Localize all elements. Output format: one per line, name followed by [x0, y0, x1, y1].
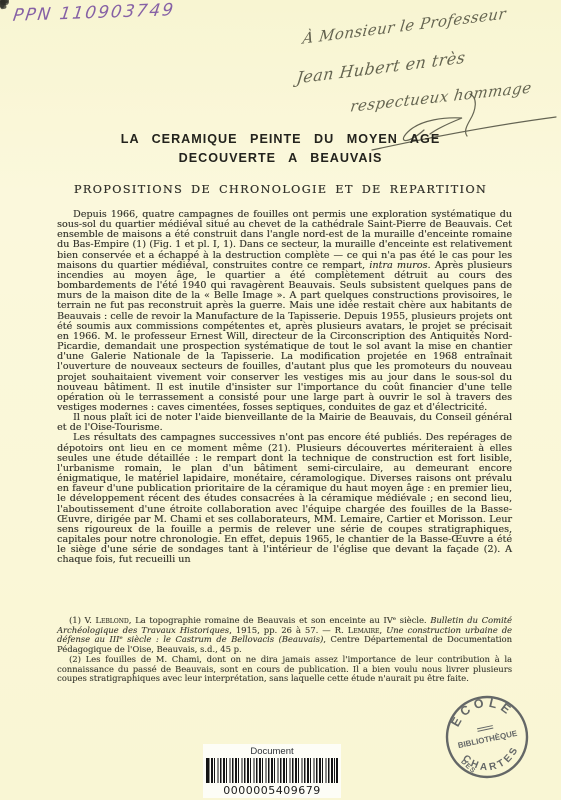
- footnote-1-text: , 1915, pp. 26 à 57. — R.: [229, 625, 348, 635]
- footnote-1-text: , La topographie romaine de Beauvais et …: [129, 615, 430, 625]
- paragraph-3: Les résultats des campagnes successives …: [57, 433, 512, 565]
- barcode-label: Document 0000005409679: [203, 744, 341, 798]
- scan-edge-artifact: [0, 0, 9, 5]
- paragraph-1-text: . Après plusieurs incendies au moyen âge…: [57, 260, 512, 413]
- footnotes: (1) V. Leblond, La topographie romaine d…: [57, 616, 512, 684]
- article-body: Depuis 1966, quatre campagnes de fouille…: [57, 210, 512, 565]
- scanned-document-page: PPN 110903749 À Monsieur le Professeur J…: [0, 0, 561, 800]
- footnote-1: (1) V. Leblond, La topographie romaine d…: [57, 616, 512, 655]
- stamp-center-text: BIBLIOTHÈQUE: [457, 729, 519, 751]
- author-name: Lemaire: [348, 625, 380, 635]
- library-stamp: ÉCOLE CHARTES BIBLIOTHÈQUE DES: [422, 672, 552, 800]
- dedication-line-1: À Monsieur le Professeur: [302, 4, 508, 47]
- barcode-bars: [206, 758, 338, 783]
- title-line-2: DECOUVERTE A BEAUVAIS: [0, 149, 561, 168]
- section-heading: PROPOSITIONS DE CHRONOLOGIE ET DE REPART…: [0, 183, 561, 196]
- svg-text:ÉCOLE: ÉCOLE: [444, 690, 519, 732]
- paragraph-2: Il nous plaît ici de noter l'aide bienve…: [57, 413, 512, 433]
- title-line-1: LA CERAMIQUE PEINTE DU MOYEN AGE: [0, 130, 561, 149]
- author-name: Leblond: [95, 615, 128, 625]
- dedication-line-2: Jean Hubert en très: [295, 47, 466, 87]
- paragraph-1: Depuis 1966, quatre campagnes de fouille…: [57, 210, 512, 413]
- footnote-2: (2) Les fouilles de M. Chami, dont on ne…: [57, 655, 512, 684]
- stamp-arc-top: ÉCOLE: [444, 690, 519, 732]
- article-title: LA CERAMIQUE PEINTE DU MOYEN AGE DECOUVE…: [0, 130, 561, 167]
- barcode-number: 0000005409679: [223, 784, 320, 797]
- footnote-1-text: (1) V.: [69, 615, 95, 625]
- barcode-title: Document: [250, 746, 293, 757]
- ppn-handwritten-annotation: PPN 110903749: [12, 0, 177, 26]
